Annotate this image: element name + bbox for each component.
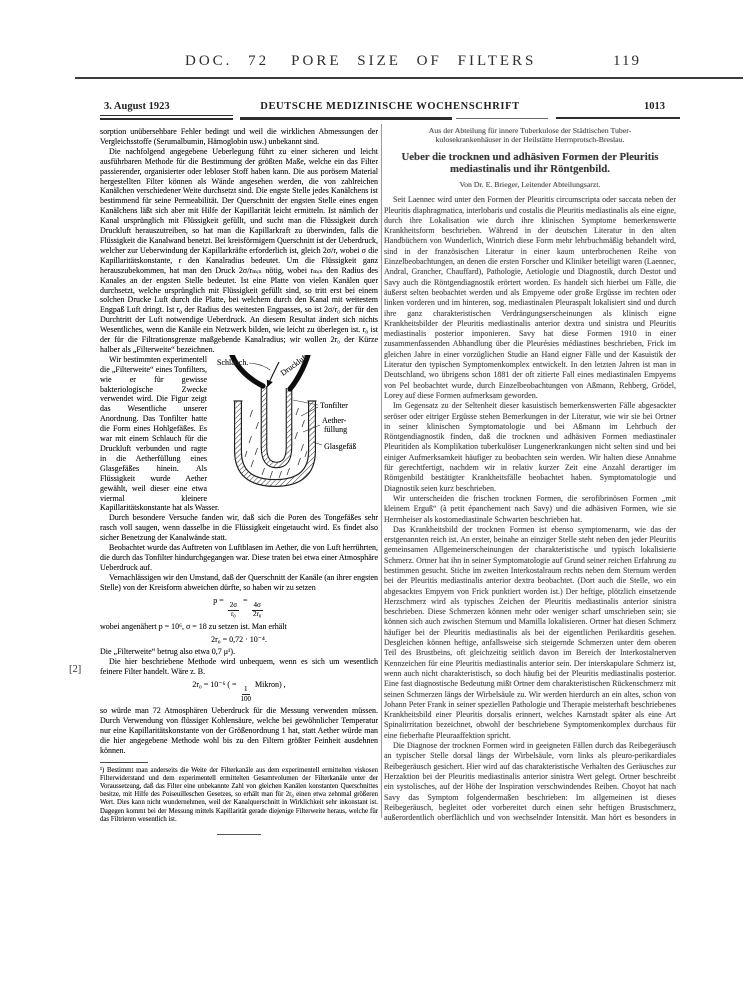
fraction: 1100 xyxy=(241,686,252,703)
footnote: ¹) Bestimmt man anderseits die Weite der… xyxy=(100,767,378,824)
article-byline: Von Dr. E. Brieger, Leitender Abteilungs… xyxy=(384,180,676,190)
glass-vessel-outline xyxy=(234,401,317,483)
fraction: 2σr₀ xyxy=(228,602,239,619)
footnote-separator-rule xyxy=(100,762,148,763)
article-title-line: Ueber die trocknen und adhäsiven Formen … xyxy=(384,151,676,164)
journal-header-rule-segment xyxy=(240,117,452,120)
book-page-number: 119 xyxy=(613,53,641,70)
clay-filter-tube-outline xyxy=(264,386,289,465)
scanned-book-page: { "outer_header": { "doc_label": "DOC. 7… xyxy=(0,0,750,999)
figure-label-tonfilter: Tonfilter xyxy=(320,401,348,410)
doc-title: PORE SIZE OF FILTERS xyxy=(291,53,536,69)
journal-page-number: 1013 xyxy=(644,101,665,112)
affiliation-line: kulosekrankenhäuser in der Heilstätte He… xyxy=(384,135,676,144)
equation-result: 2r₀ = 0,72 · 10⁻⁴. xyxy=(100,635,378,645)
equation-term: 2r₀ = 10⁻⁶ xyxy=(192,680,225,689)
paragraph: Die Diagnose der trocknen Formen wird in… xyxy=(384,741,676,824)
journal-header-rule-segment xyxy=(100,115,233,116)
figure-label-glasgefaess: Glasgefäß xyxy=(324,442,356,451)
figure-label-schlauch: Schlauch. xyxy=(217,358,248,367)
header-rule xyxy=(75,77,743,79)
apparatus-figure: Schlauch. Druckluft Tonfilter Aether- fü… xyxy=(212,355,378,495)
airflow-arrow xyxy=(269,362,280,384)
paragraph: Das Krankheitsbild der trocknen Formen i… xyxy=(384,525,676,741)
article-end-rule xyxy=(217,834,261,835)
paragraph: Durch besondere Versuche fanden wir, daß… xyxy=(100,513,378,543)
figure-label-aether-1: Aether- xyxy=(322,416,347,425)
margin-page-marker: [2] xyxy=(69,664,81,675)
equation-term: p = xyxy=(213,596,224,605)
paragraph: Die nachfolgend angegebene Ueberlegung f… xyxy=(100,147,378,355)
doc-number: DOC. 72 xyxy=(185,53,269,69)
equation-pressure: p = 2σr₀ = 4σ2r₀ xyxy=(100,596,378,619)
paragraph: wobei angenähert p = 10⁶, σ = 18 zu setz… xyxy=(100,622,378,632)
fraction: 4σ2r₀ xyxy=(252,602,263,619)
paragraph: Vernachlässigen wir den Umstand, daß der… xyxy=(100,573,378,593)
journal-header-rule-segment xyxy=(100,118,233,120)
equation-fine-filter: 2r₀ = 10⁻⁶ ( = 1100 Mikron) , xyxy=(100,680,378,703)
paragraph: Im Gegensatz zu der Seltenheit dieser ka… xyxy=(384,401,676,494)
equation-term: ( = xyxy=(227,680,236,689)
equation-term: Mikron) , xyxy=(255,680,286,689)
book-header: DOC. 72PORE SIZE OF FILTERS xyxy=(185,53,536,70)
journal-date: 3. August 1923 xyxy=(104,101,170,112)
paragraph: Seit Laennec wird unter den Formen der P… xyxy=(384,195,676,401)
journal-header-rule-segment xyxy=(556,117,680,119)
paragraph: Wir unterscheiden die frischen trocknen … xyxy=(384,494,676,525)
article-title-line: mediastinalis und ihr Röntgenbild. xyxy=(384,163,676,176)
journal-title: DEUTSCHE MEDIZINISCHE WOCHENSCHRIFT xyxy=(100,101,680,112)
right-column-article: Aus der Abteilung für innere Tuberkulose… xyxy=(384,126,676,824)
column-divider-rule xyxy=(381,124,382,818)
journal-header-rule-segment xyxy=(456,118,548,119)
figure-label-aether-2: füllung xyxy=(324,425,347,434)
paragraph: Beobachtet wurde das Auftreten von Luftb… xyxy=(100,543,378,573)
paragraph: so würde man 72 Atmosphären Ueberdruck f… xyxy=(100,706,378,756)
left-column-article: sorption unübersehbare Fehler bedingt un… xyxy=(100,127,378,835)
equation-term: = xyxy=(243,596,248,605)
paragraph: sorption unübersehbare Fehler bedingt un… xyxy=(100,127,378,147)
paragraph: Die „Filterweite“ betrug also etwa 0,7 μ… xyxy=(100,647,378,657)
paragraph: Die hier beschriebene Methode wird unbeq… xyxy=(100,657,378,677)
affiliation-line: Aus der Abteilung für innere Tuberkulose… xyxy=(384,126,676,135)
